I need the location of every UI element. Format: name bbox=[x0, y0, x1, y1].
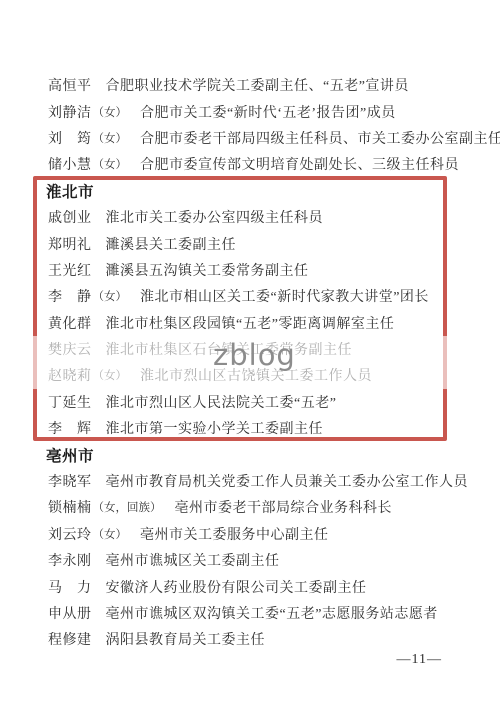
list-item: 王光红 濉溪县五沟镇关工委常务副主任 bbox=[48, 257, 480, 283]
person-position: 淮北市相山区关工委“新时代家教大讲堂”团长 bbox=[140, 286, 429, 306]
list-item: 刘 筠（女） 合肥市委老干部局四级主任科员、市关工委办公室副主任 bbox=[48, 125, 480, 151]
list-item: 刘静洁（女） 合肥市关工委“新时代‘五老’报告团”成员 bbox=[48, 98, 480, 124]
section-header-bozhou: 亳州市 bbox=[46, 441, 480, 467]
person-name: 刘云玲 bbox=[48, 524, 92, 544]
person-position: 亳州市谯城区双沟镇关工委“五老”志愿服务站志愿者 bbox=[106, 603, 438, 623]
person-name: 王光红 bbox=[48, 260, 92, 280]
person-note: （女，回族） bbox=[93, 499, 162, 515]
person-position: 濉溪县五沟镇关工委常务副主任 bbox=[106, 260, 309, 280]
list-item: 李晓军 亳州市教育局机关党委工作人员兼关工委办公室工作人员 bbox=[48, 468, 480, 494]
person-position: 合肥市委老干部局四级主任科员、市关工委办公室副主任 bbox=[140, 128, 500, 148]
list-item: 郑明礼 濉溪县关工委副主任 bbox=[48, 230, 480, 256]
list-item: 丁延生 淮北市烈山区人民法院关工委“五老” bbox=[48, 389, 480, 415]
person-name: 李 静 bbox=[48, 286, 92, 306]
section-header-huaibei: 淮北市 bbox=[46, 178, 480, 204]
person-note: （女） bbox=[93, 156, 128, 172]
person-position: 亳州市关工委服务中心副主任 bbox=[140, 524, 329, 544]
list-item: 戚创业 淮北市关工委办公室四级主任科员 bbox=[48, 204, 480, 230]
document-page: 高恒平 合肥职业技术学院关工委副主任、“五老”宣讲员 刘静洁（女） 合肥市关工委… bbox=[0, 0, 500, 714]
list-item: 李永刚 亳州市谯城区关工委副主任 bbox=[48, 547, 480, 573]
list-item: 高恒平 合肥职业技术学院关工委副主任、“五老”宣讲员 bbox=[48, 72, 480, 98]
list-item: 李 辉 淮北市第一实验小学关工委副主任 bbox=[48, 415, 480, 441]
person-note: （女） bbox=[93, 130, 128, 146]
person-position: 濉溪县关工委副主任 bbox=[106, 234, 237, 254]
person-position: 淮北市杜集区石台镇关工委常务副主任 bbox=[106, 339, 353, 359]
person-position: 合肥市关工委“新时代‘五老’报告团”成员 bbox=[140, 102, 396, 122]
list-item-faded: 樊庆云 淮北市杜集区石台镇关工委常务副主任 bbox=[48, 336, 480, 362]
entry-list: 高恒平 合肥职业技术学院关工委副主任、“五老”宣讲员 刘静洁（女） 合肥市关工委… bbox=[48, 72, 480, 653]
list-item: 马 力 安徽济人药业股份有限公司关工委副主任 bbox=[48, 573, 480, 599]
person-name: 锁楠楠 bbox=[48, 497, 92, 517]
person-name: 申从册 bbox=[48, 603, 92, 623]
person-position: 淮北市第一实验小学关工委副主任 bbox=[106, 418, 324, 438]
list-item: 锁楠楠（女，回族） 亳州市委老干部局综合业务科科长 bbox=[48, 494, 480, 520]
person-name: 刘 筠 bbox=[48, 128, 92, 148]
list-item: 黄化群 淮北市杜集区段园镇“五老”零距离调解室主任 bbox=[48, 310, 480, 336]
person-name: 高恒平 bbox=[48, 75, 92, 95]
person-name: 樊庆云 bbox=[48, 339, 92, 359]
list-item: 申从册 亳州市谯城区双沟镇关工委“五老”志愿服务站志愿者 bbox=[48, 600, 480, 626]
person-position: 亳州市教育局机关党委工作人员兼关工委办公室工作人员 bbox=[106, 471, 469, 491]
person-name: 李晓军 bbox=[48, 471, 92, 491]
person-note: （女） bbox=[93, 526, 128, 542]
person-position: 合肥职业技术学院关工委副主任、“五老”宣讲员 bbox=[106, 75, 409, 95]
person-name: 程修建 bbox=[48, 629, 92, 649]
list-item: 储小慧（女） 合肥市委宣传部文明培育处副处长、三级主任科员 bbox=[48, 151, 480, 177]
person-name: 储小慧 bbox=[48, 154, 92, 174]
list-item: 程修建 涡阳县教育局关工委主任 bbox=[48, 626, 480, 652]
person-position: 亳州市谯城区关工委副主任 bbox=[106, 550, 280, 570]
person-name: 黄化群 bbox=[48, 313, 92, 333]
person-position: 合肥市委宣传部文明培育处副处长、三级主任科员 bbox=[140, 154, 459, 174]
list-item: 李 静（女） 淮北市相山区关工委“新时代家教大讲堂”团长 bbox=[48, 283, 480, 309]
person-name: 刘静洁 bbox=[48, 102, 92, 122]
person-position: 亳州市委老干部局综合业务科科长 bbox=[175, 497, 393, 517]
person-note: （女） bbox=[93, 288, 128, 304]
person-note: （女） bbox=[93, 367, 128, 383]
page-number: —11— bbox=[397, 652, 442, 668]
person-note: （女） bbox=[93, 104, 128, 120]
person-position: 安徽济人药业股份有限公司关工委副主任 bbox=[106, 577, 367, 597]
person-name: 郑明礼 bbox=[48, 234, 92, 254]
person-position: 淮北市烈山区古饶镇关工委工作人员 bbox=[140, 365, 372, 385]
person-name: 李 辉 bbox=[48, 418, 92, 438]
person-position: 淮北市关工委办公室四级主任科员 bbox=[106, 207, 324, 227]
person-name: 马 力 bbox=[48, 577, 92, 597]
person-position: 淮北市杜集区段园镇“五老”零距离调解室主任 bbox=[106, 313, 395, 333]
person-position: 淮北市烈山区人民法院关工委“五老” bbox=[106, 392, 337, 412]
person-name: 丁延生 bbox=[48, 392, 92, 412]
list-item-faded: 赵晓莉（女） 淮北市烈山区古饶镇关工委工作人员 bbox=[48, 362, 480, 388]
person-name: 戚创业 bbox=[48, 207, 92, 227]
person-name: 赵晓莉 bbox=[48, 365, 92, 385]
person-name: 李永刚 bbox=[48, 550, 92, 570]
list-item: 刘云玲（女） 亳州市关工委服务中心副主任 bbox=[48, 521, 480, 547]
person-position: 涡阳县教育局关工委主任 bbox=[106, 629, 266, 649]
